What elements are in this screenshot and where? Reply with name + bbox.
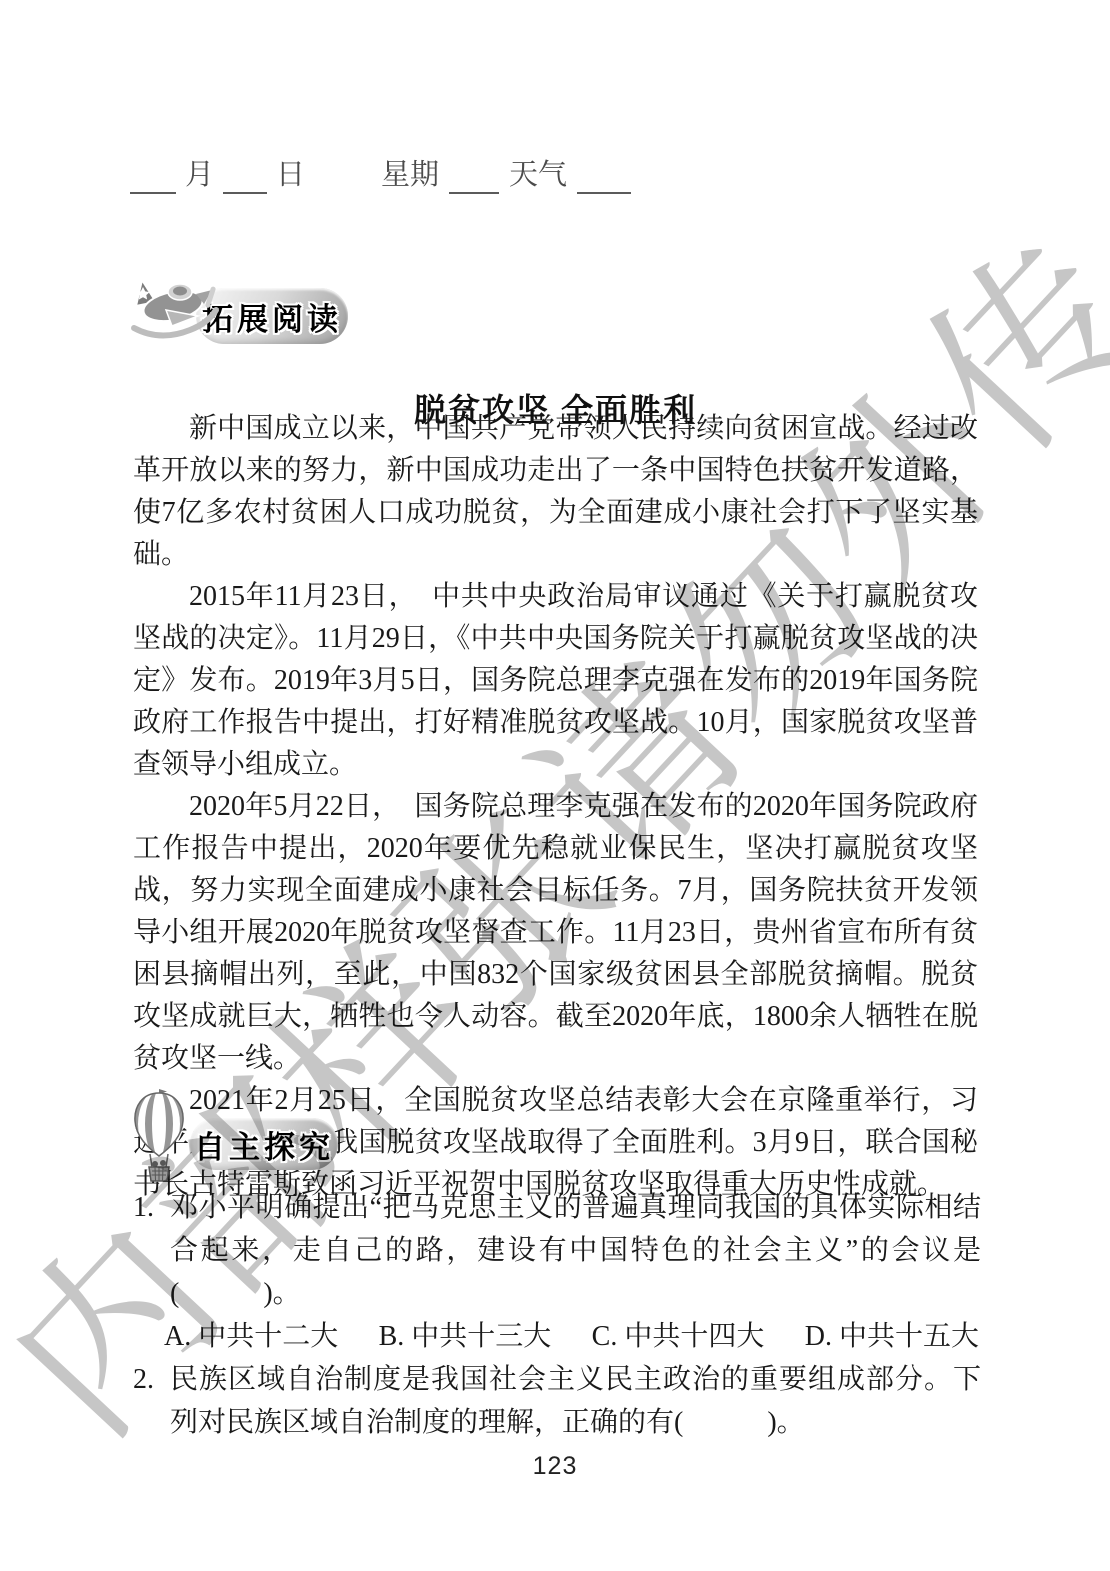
explore-badge-label: 自主探究 [194, 1122, 334, 1167]
question-2-number: 2. [133, 1358, 154, 1401]
airplane-icon [126, 266, 222, 346]
option-b: B. 中共十三大 [379, 1315, 552, 1358]
option-c: C. 中共十四大 [592, 1315, 765, 1358]
question-2-text: 民族区域自治制度是我国社会主义民主政治的重要组成部分。下列对民族区域自治制度的理… [170, 1364, 981, 1438]
question-1-number: 1. [133, 1186, 154, 1229]
question-2: 2. 民族区域自治制度是我国社会主义民主政治的重要组成部分。下列对民族区域自治制… [133, 1358, 981, 1444]
workbook-page: 内部样张请勿外传 月 日 星期 天气 拓展阅读 脱贫攻坚 全面胜利 新中 [0, 0, 1110, 1571]
day-blank-line [223, 158, 267, 194]
explore-section-badge: 自主探究 [128, 1086, 348, 1182]
weather-label: 天气 [509, 156, 567, 194]
article-paragraph: 2020年5月22日， 国务院总理李克强在发布的2020年国务院政府工作报告中提… [133, 786, 978, 1080]
option-a: A. 中共十二大 [164, 1315, 338, 1358]
day-label: 日 [276, 156, 305, 194]
page-number: 123 [0, 1452, 1110, 1481]
question-1: 1. 邓小平明确提出“把马克思主义的普遍真理同我国的具体实际相结合起来，走自己的… [133, 1186, 981, 1358]
week-blank-line [449, 158, 499, 194]
reading-badge-label: 拓展阅读 [202, 294, 342, 339]
week-label: 星期 [381, 156, 439, 194]
reading-section-badge: 拓展阅读 [126, 266, 366, 350]
month-label: 月 [185, 156, 214, 194]
article-paragraph: 2015年11月23日， 中共中央政治局审议通过《关于打赢脱贫攻坚战的决定》。1… [133, 576, 978, 786]
article-paragraph: 新中国成立以来，中国共产党带领人民持续向贫困宣战。经过改革开放以来的努力，新中国… [133, 408, 978, 576]
hot-air-balloon-icon [128, 1088, 190, 1184]
explore-badge-pill: 自主探究 [190, 1118, 338, 1170]
question-1-text: 邓小平明确提出“把马克思主义的普遍真理同我国的具体实际相结合起来，走自己的路，建… [170, 1192, 981, 1309]
weather-blank-line [577, 158, 631, 194]
explore-questions: 1. 邓小平明确提出“把马克思主义的普遍真理同我国的具体实际相结合起来，走自己的… [133, 1186, 981, 1444]
month-blank-line [130, 158, 176, 194]
option-d: D. 中共十五大 [805, 1315, 979, 1358]
question-1-options: A. 中共十二大 B. 中共十三大 C. 中共十四大 D. 中共十五大 [164, 1315, 981, 1358]
date-line: 月 日 星期 天气 [130, 156, 631, 194]
